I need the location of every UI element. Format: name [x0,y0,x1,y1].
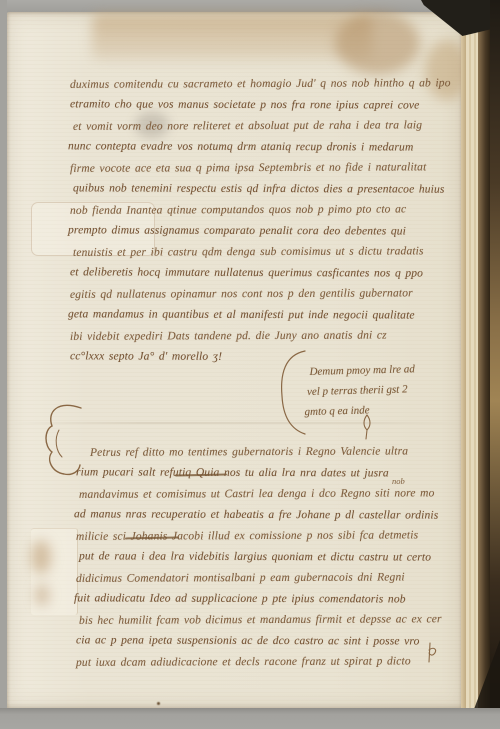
stain-top-band [92,14,372,60]
gutter-shadow [478,0,490,729]
text-line: fuit adiudicatu Ideo ad supplicacione p … [74,588,468,610]
ink-dot [157,702,160,705]
text-line: egitis qd nullatenus opinamur nos cont n… [70,283,465,306]
text-line: geta mandamus in quantibus et al manifes… [68,304,465,326]
text-line: put iuxa dcam adiudicacione et decls rac… [76,651,468,674]
text-line: cia ac p pena ipeta suspensionis ac de d… [76,630,468,652]
text-line: tenuistis et per ibi castru qdm denga su… [73,241,465,264]
text-line: et deliberetis hocq immutare nullatenus … [70,262,465,284]
text-line: Petrus ref ditto mo tentimes gubernatori… [90,441,468,464]
text-line: didicimus Comendatori montisalbani p eam… [76,567,468,590]
text-line: duximus comitendu cu sacrameto et homagi… [70,73,465,96]
stain-left-margin-1 [31,540,51,574]
binding-spine [490,0,500,729]
stain-left-margin-2 [35,584,49,606]
text-line: ibi videbit expediri Dats tandene pd. di… [70,325,465,348]
text-line: etramito cho que vos manus societate p n… [70,94,465,116]
fore-edge-pages [466,0,478,729]
text-line: rium pucari salt refutiq Quia nos tu ali… [76,462,468,484]
text-line: firme vocote ace eta sua q pima ipsa Sep… [70,157,465,180]
entry-1-text-block: duximus comitendu cu sacrameto et homagi… [70,74,465,368]
text-line: nunc contepta evadre vos notumq drm atan… [68,136,465,158]
note-line: gmto q ea inde [304,398,460,422]
text-line: bis hec humilit fcam vob dicimus et mand… [79,609,468,632]
text-line: mandavimus et comisimus ut Castri lea de… [79,483,468,506]
note-flourish-icon [359,414,375,442]
text-line: put de raua i dea lra videbitis largius … [79,546,468,568]
manuscript-photo: duximus comitendu cu sacrameto et homagi… [0,0,500,729]
end-flourish-icon [425,642,441,668]
text-line: et vomit vorm deo nore reliteret et abso… [73,115,465,138]
backdrop-left [0,0,7,729]
manuscript-page: duximus comitendu cu sacrameto et homagi… [7,12,462,709]
text-line: quibus nob tenemini respectu estis qd in… [73,178,465,200]
text-line: ad manus nras recuperatio et habeatis a … [74,504,468,526]
interline-addition: nob [392,476,405,486]
text-line: prempto dimus assignamus comparato penal… [68,220,465,242]
note-bracket-icon [278,348,308,438]
entry-2-text-block: Petrus ref ditto mo tentimes gubernatori… [76,442,468,673]
stain-top-right [335,12,420,74]
marginal-note: Demum pmoy ma lre ad vel p terras therii… [309,358,461,422]
backdrop-bottom [0,708,500,729]
text-line: nob fienda Inantea qtinue computandos qu… [70,199,465,222]
